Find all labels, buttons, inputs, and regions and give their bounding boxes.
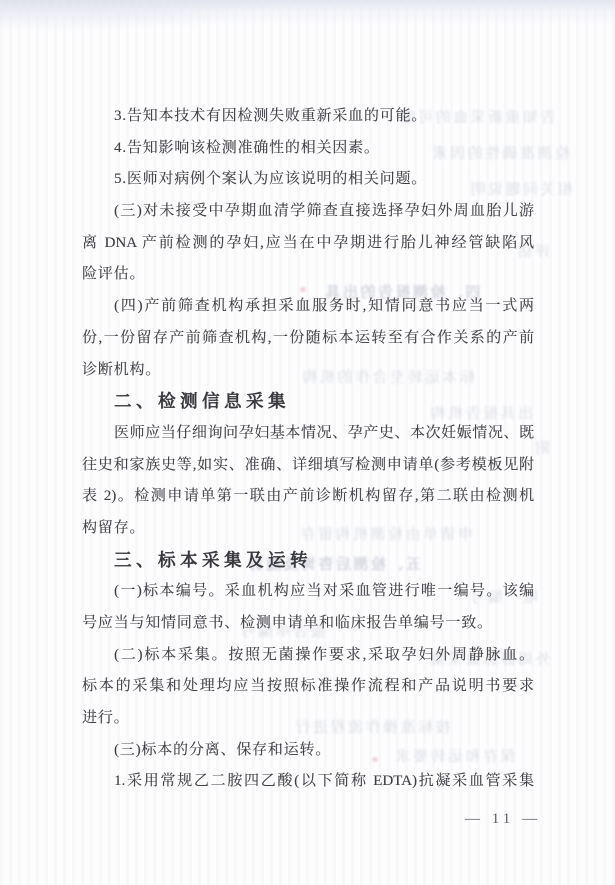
bleedthrough-artifact: 附 <box>532 437 550 458</box>
text-line: 3.告知本技术有因检测失败重新采血的可能。 <box>82 101 534 133</box>
section-heading-3: 三、标本采集及运转 <box>82 545 534 577</box>
text-line: (四)产前筛查机构承担采血服务时,知情同意书应当一式两 <box>82 291 534 323</box>
text-line: 标本的采集和处理均应当按照标准操作流程和产品说明书要求 <box>82 671 534 703</box>
text-line: 往史和家族史等,如实、准确、详细填写检测申请单(参考模板见附 <box>82 450 534 482</box>
text-line: (一)标本编号。采血机构应当对采血管进行唯一编号。该编 <box>82 576 534 608</box>
page-number: — 11 — <box>448 811 558 828</box>
text-line: 5.医师对病例个案认为应该说明的相关问题。 <box>82 164 534 196</box>
text-line: 份,一份留存产前筛查机构,一份随标本运转至有合作关系的产前 <box>82 323 534 355</box>
text-line: 号应当与知情同意书、检测申请单和临床报告单编号一致。 <box>82 608 534 640</box>
text-line: 1.采用常规乙二胺四乙酸(以下简称 EDTA)抗凝采血管采集 <box>82 766 534 798</box>
text-line: (二)标本采集。按照无菌操作要求,采取孕妇外周静脉血。 <box>82 640 534 672</box>
text-line: 医师应当仔细询问孕妇基本情况、孕产史、本次妊娠情况、既 <box>82 418 534 450</box>
section-heading-2: 二、检测信息采集 <box>82 386 534 418</box>
document-page: 告知重新采血的可能 检测准确性的因素 相关问题说明 评估 四、检测报告的出具 标… <box>0 0 615 885</box>
document-body: 3.告知本技术有因检测失败重新采血的可能。 4.告知影响该检测准确性的相关因素。… <box>82 101 534 798</box>
text-line: 4.告知影响该检测准确性的相关因素。 <box>82 133 534 165</box>
text-line: 离 DNA 产前检测的孕妇,应当在中孕期进行胎儿神经管缺陷风 <box>82 228 534 260</box>
text-line: (三)对未接受中孕期血清学筛查直接选择孕妇外周血胎儿游 <box>82 196 534 228</box>
text-line: 进行。 <box>82 703 534 735</box>
text-line: 表 2)。检测申请单第一联由产前诊断机构留存,第二联由检测机 <box>82 481 534 513</box>
text-line: 构留存。 <box>82 513 534 545</box>
text-line: 险评估。 <box>82 259 534 291</box>
text-line: 诊断机构。 <box>82 355 534 387</box>
text-line: (三)标本的分离、保存和运转。 <box>82 735 534 767</box>
scan-edge-shading <box>0 0 615 26</box>
